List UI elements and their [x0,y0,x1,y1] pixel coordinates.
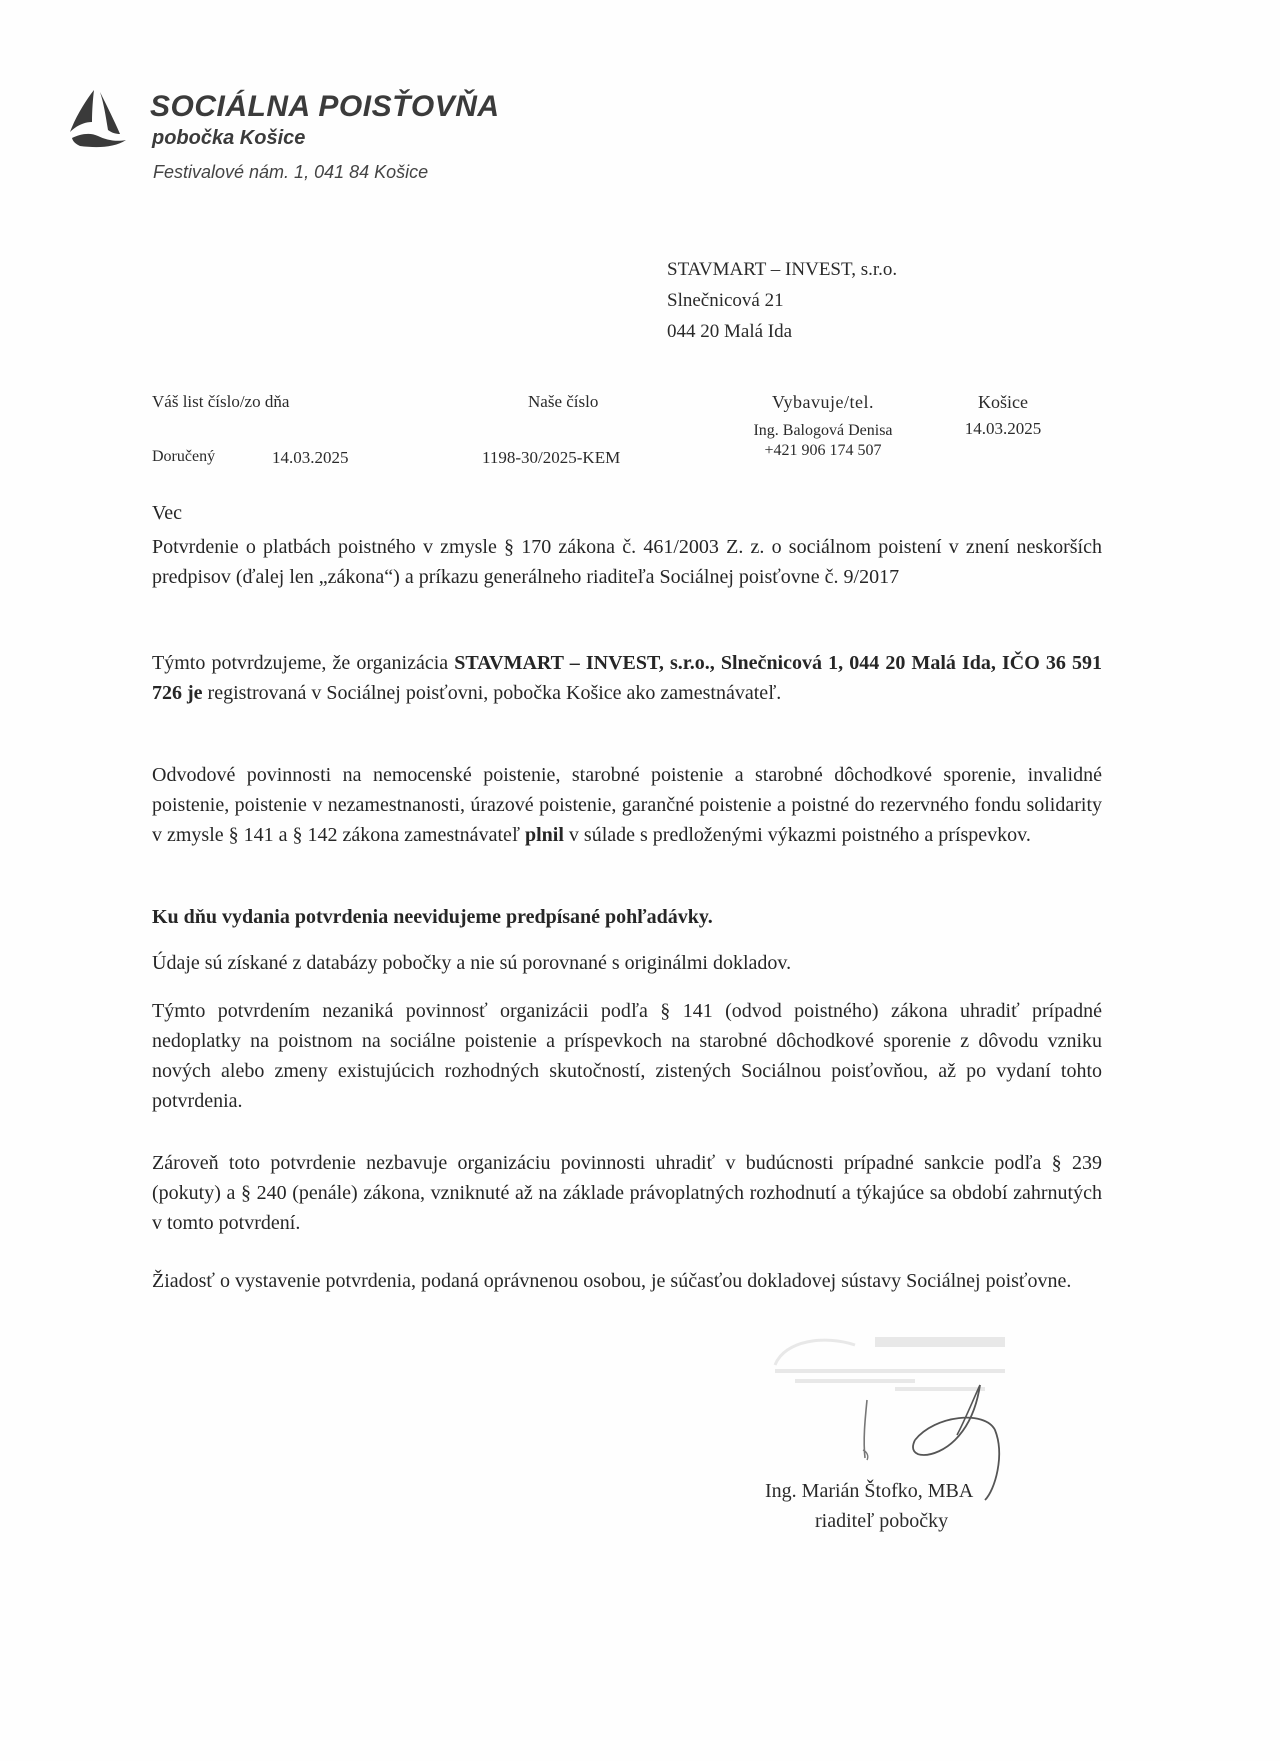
recipient-street: Slnečnicová 21 [667,285,897,316]
signer-name: Ing. Marián Štofko, MBA [765,1480,973,1503]
letter-page: SOCIÁLNA POISŤOVŇA pobočka Košice Festiv… [0,0,1280,1761]
paragraph-registration: Týmto potvrdzujeme, že organizácia STAVM… [152,648,1102,708]
recipient-city: 044 20 Malá Ida [667,316,897,347]
place-label: Košice [948,392,1058,413]
handled-by-block: Vybavuje/tel. Ing. Balogová Denisa +421 … [708,392,938,461]
organization-address: Festivalové nám. 1, 041 84 Košice [153,162,428,183]
our-number: 1198-30/2025-KEM [482,448,620,468]
delivered-date: 14.03.2025 [272,448,349,468]
paragraph-obligation-persists: Týmto potvrdením nezaniká povinnosť orga… [152,996,1102,1116]
organization-name: SOCIÁLNA POISŤOVŇA [150,90,500,124]
place-date-block: Košice 14.03.2025 [948,392,1058,439]
paragraph-request-record: Žiadosť o vystavenie potvrdenia, podaná … [152,1266,1102,1296]
subject-label: Vec [152,502,182,525]
organization-branch: pobočka Košice [152,127,305,150]
recipient-company: STAVMART – INVEST, s.r.o. [667,254,897,285]
recipient-address-block: STAVMART – INVEST, s.r.o. Slnečnicová 21… [667,254,897,347]
paragraph-obligations-rest: v súlade s predloženými výkazmi poistnéh… [564,824,1031,846]
paragraph-obligations: Odvodové povinnosti na nemocenské poiste… [152,760,1102,850]
paragraph-data-source: Údaje sú získané z databázy pobočky a ni… [152,948,1102,978]
social-insurance-logo-icon [66,86,130,150]
handled-by-name: Ing. Balogová Denisa [708,421,938,441]
handled-by-label: Vybavuje/tel. [708,392,938,413]
paragraph-sanctions: Zároveň toto potvrdenie nezbavuje organi… [152,1148,1102,1238]
our-number-label: Naše číslo [528,392,598,412]
signer-title: riaditeľ pobočky [815,1510,948,1533]
subject-text: Potvrdenie o platbách poistného v zmysle… [152,532,1102,592]
delivered-label: Doručený [152,448,215,466]
your-letter-label: Váš list číslo/zo dňa [152,392,289,412]
paragraph-registration-rest: registrovaná v Sociálnej poisťovni, pobo… [203,682,782,704]
paragraph-registration-intro: Týmto potvrdzujeme, že organizácia [152,652,454,674]
place-date: 14.03.2025 [948,419,1058,439]
handled-by-phone: +421 906 174 507 [708,441,938,461]
obligations-status: plnil [525,824,564,846]
no-receivables-statement: Ku dňu vydania potvrdenia neevidujeme pr… [152,902,1102,932]
